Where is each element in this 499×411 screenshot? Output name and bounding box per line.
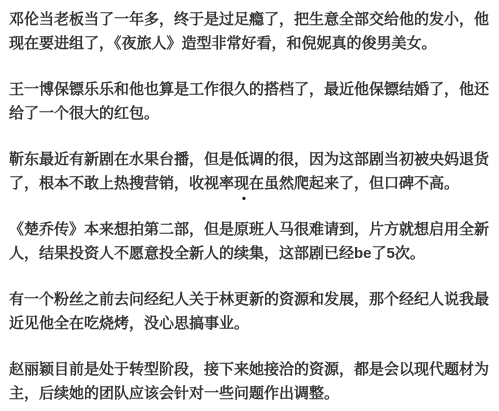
gossip-article-page: 邓伦当老板当了一年多，终于是过足瘾了，把生意全部交给他的发小，他 现在要进组了，…: [0, 0, 499, 411]
paragraph: 有一个粉丝之前去问经纪人关于林更新的资源和发展，那个经纪人说我最 近见他全在吃烧…: [9, 288, 489, 336]
text-line: 现在要进组了，《夜旅人》造型非常好看，和倪妮真的俊男美女。: [9, 32, 489, 56]
text-line: 近见他全在吃烧烤，没心思搞事业。: [9, 312, 489, 336]
text-line: 人，结果投资人不愿意投全新人的续集，这部剧已经be了5次。: [9, 242, 489, 266]
separator-dot-icon: •: [242, 194, 246, 205]
text-line: 主，后续她的团队应该会针对一些问题作出调整。: [9, 382, 489, 406]
text-line: 王一博保镖乐乐和他也算是工作很久的搭档了，最近他保镖结婚了，他还: [9, 78, 489, 102]
paragraph: 靳东最近有新剧在水果台播，但是低调的很，因为这部剧当初被央妈退货 了，根本不敢上…: [9, 148, 489, 196]
text-line: 靳东最近有新剧在水果台播，但是低调的很，因为这部剧当初被央妈退货: [9, 148, 489, 172]
text-line: 有一个粉丝之前去问经纪人关于林更新的资源和发展，那个经纪人说我最: [9, 288, 489, 312]
text-line: 邓伦当老板当了一年多，终于是过足瘾了，把生意全部交给他的发小，他: [9, 8, 489, 32]
paragraph: 赵丽颖目前是处于转型阶段，接下来她接洽的资源，都是会以现代题材为 主，后续她的团…: [9, 358, 489, 406]
text-line: 赵丽颖目前是处于转型阶段，接下来她接洽的资源，都是会以现代题材为: [9, 358, 489, 382]
paragraph: 《楚乔传》本来想拍第二部，但是原班人马很难请到，片方就想启用全新 人，结果投资人…: [9, 218, 489, 266]
text-line: 给了一个很大的红包。: [9, 102, 489, 126]
paragraph: 邓伦当老板当了一年多，终于是过足瘾了，把生意全部交给他的发小，他 现在要进组了，…: [9, 8, 489, 56]
text-line: 《楚乔传》本来想拍第二部，但是原班人马很难请到，片方就想启用全新: [9, 218, 489, 242]
text-line: 了，根本不敢上热搜营销，收视率现在虽然爬起来了，但口碑不高。: [9, 172, 489, 196]
paragraph: 王一博保镖乐乐和他也算是工作很久的搭档了，最近他保镖结婚了，他还 给了一个很大的…: [9, 78, 489, 126]
